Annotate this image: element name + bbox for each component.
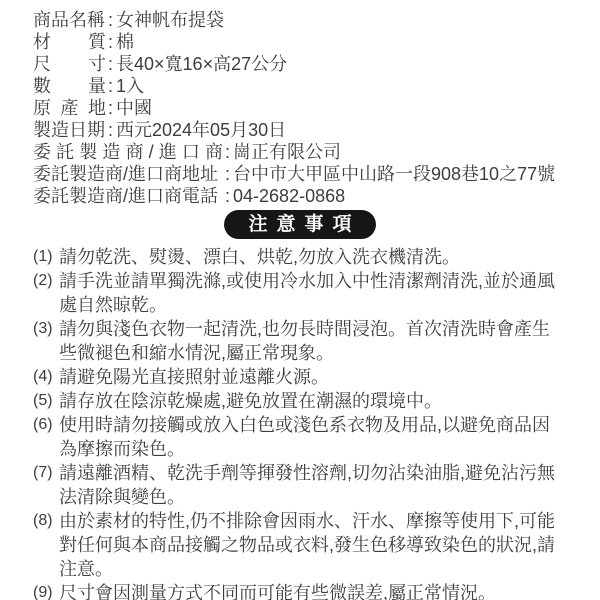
product-row-quantity: 數量:1入: [33, 75, 580, 97]
item-text: 請勿乾洗、熨燙、漂白、烘乾,勿放入洗衣機清洗。: [59, 245, 555, 269]
product-row-material: 材質:棉: [33, 31, 580, 53]
item-number: (7): [33, 461, 59, 485]
notice-list: (1) 請勿乾洗、熨燙、漂白、烘乾,勿放入洗衣機清洗。 (2) 請手洗並請單獨洗…: [33, 245, 580, 600]
product-care-label: 商品名稱:女神帆布提袋 材質:棉 尺寸:長40×寬16×高27公分 數量:1入 …: [0, 0, 600, 600]
product-row-name: 商品名稱:女神帆布提袋: [33, 9, 580, 31]
product-row-mfg-date: 製造日期:西元2024年05月30日: [33, 119, 580, 141]
item-text: 請遠離酒精、乾洗手劑等揮發性溶劑,切勿沾染油脂,避免沾污無法清除與變色。: [59, 461, 555, 509]
row-colon: :: [106, 97, 116, 119]
item-number: (2): [33, 269, 59, 293]
product-row-manufacturer: 委託製造商/進口商:崗正有限公司: [33, 141, 580, 163]
item-text: 由於素材的特性,仍不排除會因雨水、汗水、摩擦等使用下,可能對任何與本商品接觸之物…: [59, 509, 555, 581]
row-label: 材質: [33, 31, 106, 53]
row-value: 棉: [116, 31, 134, 53]
notice-item: (9) 尺寸會因測量方式不同而可能有些微誤差,屬正常情況。: [33, 581, 580, 600]
row-label: 商品名稱: [33, 9, 106, 31]
row-value: 04-2682-0868: [233, 185, 345, 207]
row-colon: :: [223, 163, 233, 185]
item-number: (4): [33, 365, 59, 389]
row-label: 尺寸: [33, 53, 106, 75]
notice-title-banner: 注意事項: [224, 210, 375, 239]
product-row-manufacturer-address: 委託製造商/進口商地址:台中市大甲區中山路一段908巷10之77號: [33, 163, 580, 185]
item-number: (9): [33, 581, 59, 600]
row-value: 中國: [116, 97, 152, 119]
item-text: 請避免陽光直接照射並遠離火源。: [59, 365, 555, 389]
notice-item: (3) 請勿與淺色衣物一起清洗,也勿長時間浸泡。首次清洗時會產生些微褪色和縮水情…: [33, 317, 580, 365]
notice-item: (6) 使用時請勿接觸或放入白色或淺色系衣物及用品,以避免商品因為摩擦而染色。: [33, 413, 580, 461]
item-number: (3): [33, 317, 59, 341]
row-value: 女神帆布提袋: [116, 9, 224, 31]
row-value: 崗正有限公司: [233, 141, 341, 163]
notice-item: (5) 請存放在陰涼乾燥處,避免放置在潮濕的環境中。: [33, 389, 580, 413]
notice-item: (2) 請手洗並請單獨洗滌,或使用冷水加入中性清潔劑清洗,並於通風處自然晾乾。: [33, 269, 580, 317]
product-row-size: 尺寸:長40×寬16×高27公分: [33, 53, 580, 75]
notice-title: 注意事項: [248, 214, 360, 235]
row-value: 西元2024年05月30日: [116, 119, 286, 141]
item-number: (8): [33, 509, 59, 533]
row-label: 委託製造商/進口商電話: [33, 185, 223, 207]
notice-item: (7) 請遠離酒精、乾洗手劑等揮發性溶劑,切勿沾染油脂,避免沾污無法清除與變色。: [33, 461, 580, 509]
row-colon: :: [223, 141, 233, 163]
row-value: 長40×寬16×高27公分: [116, 53, 287, 75]
item-text: 尺寸會因測量方式不同而可能有些微誤差,屬正常情況。: [59, 581, 555, 600]
row-colon: :: [106, 75, 116, 97]
row-value: 1入: [116, 75, 144, 97]
product-info-section: 商品名稱:女神帆布提袋 材質:棉 尺寸:長40×寬16×高27公分 數量:1入 …: [0, 0, 600, 207]
row-label: 委託製造商/進口商地址: [33, 163, 223, 185]
row-colon: :: [106, 31, 116, 53]
notice-item: (4) 請避免陽光直接照射並遠離火源。: [33, 365, 580, 389]
row-colon: :: [106, 9, 116, 31]
notice-item: (8) 由於素材的特性,仍不排除會因雨水、汗水、摩擦等使用下,可能對任何與本商品…: [33, 509, 580, 581]
row-label: 委託製造商/進口商: [33, 141, 223, 163]
row-label: 製造日期: [33, 119, 106, 141]
item-number: (1): [33, 245, 59, 269]
notice-banner-row: 注意事項: [0, 210, 600, 239]
item-number: (5): [33, 389, 59, 413]
item-text: 請勿與淺色衣物一起清洗,也勿長時間浸泡。首次清洗時會產生些微褪色和縮水情況,屬正…: [59, 317, 555, 365]
row-value: 台中市大甲區中山路一段908巷10之77號: [233, 163, 555, 185]
item-number: (6): [33, 413, 59, 437]
product-row-manufacturer-phone: 委託製造商/進口商電話:04-2682-0868: [33, 185, 580, 207]
notice-item: (1) 請勿乾洗、熨燙、漂白、烘乾,勿放入洗衣機清洗。: [33, 245, 580, 269]
item-text: 使用時請勿接觸或放入白色或淺色系衣物及用品,以避免商品因為摩擦而染色。: [59, 413, 555, 461]
row-colon: :: [106, 53, 116, 75]
item-text: 請存放在陰涼乾燥處,避免放置在潮濕的環境中。: [59, 389, 555, 413]
row-colon: :: [106, 119, 116, 141]
row-colon: :: [223, 185, 233, 207]
row-label: 原產地: [33, 97, 106, 119]
product-row-origin: 原產地:中國: [33, 97, 580, 119]
item-text: 請手洗並請單獨洗滌,或使用冷水加入中性清潔劑清洗,並於通風處自然晾乾。: [59, 269, 555, 317]
row-label: 數量: [33, 75, 106, 97]
